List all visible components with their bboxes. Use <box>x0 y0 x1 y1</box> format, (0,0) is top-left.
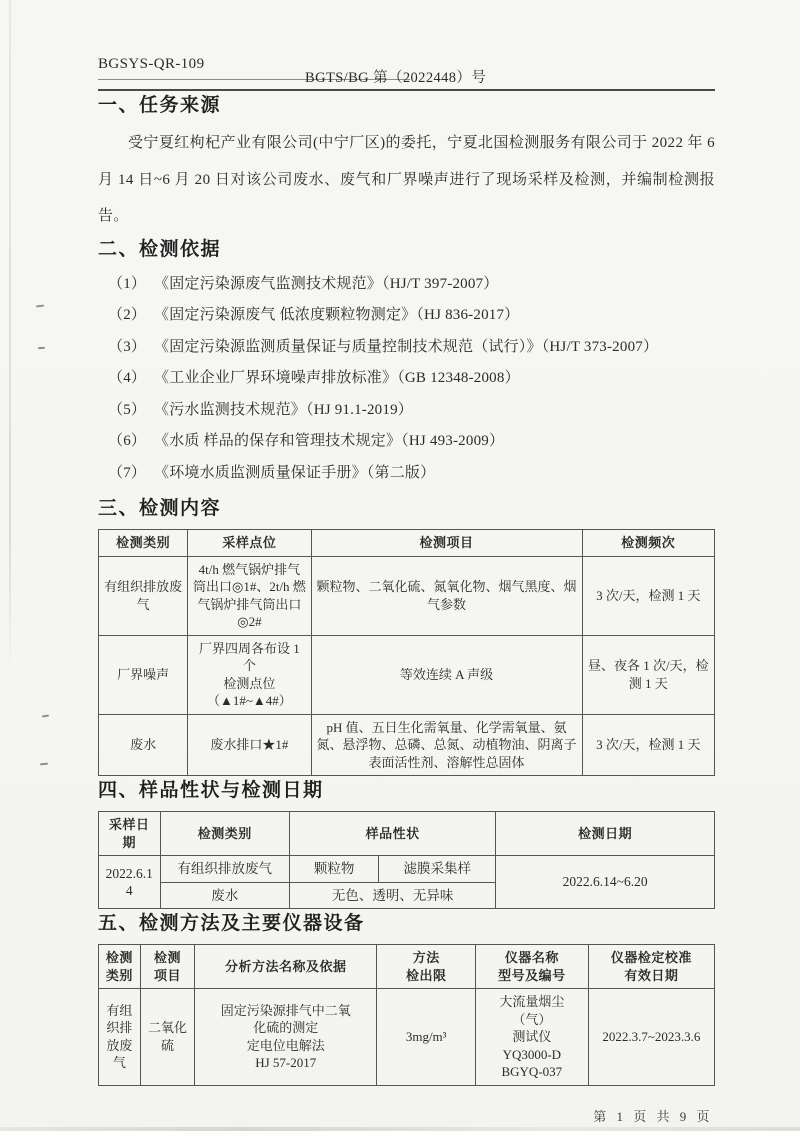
cell-detection-limit: 3mg/m³ <box>377 989 476 1086</box>
basis-item-number: （1） <box>108 274 154 295</box>
basis-item: （5） 《污水监测技术规范》（HJ 91.1-2019） <box>98 400 715 421</box>
basis-item-number: （3） <box>108 337 154 358</box>
table-row: 废水 废水排口★1# pH 值、五日生化需氧量、化学需氧量、氨氮、悬浮物、总磷、… <box>99 714 715 776</box>
table-row: 有组织排放废气 4t/h 燃气锅炉排气筒出口◎1#、2t/h 燃气锅炉排气筒出口… <box>99 556 715 635</box>
table-row: 有组织排放废气 二氧化硫 固定污染源排气中二氧 化硫的测定 定电位电解法 HJ … <box>99 989 715 1086</box>
cell-category: 厂界噪声 <box>99 635 188 714</box>
cell-sampling-points: 厂界四周各布设 1 个 检测点位 （▲1#~▲4#） <box>188 635 311 714</box>
cell-frequency: 昼、夜各 1 次/天，检测 1 天 <box>582 635 714 714</box>
cell-sample-item: 颗粒物 <box>289 856 378 883</box>
header-cell-test-date: 检测日期 <box>496 812 715 856</box>
scan-artifact <box>36 305 44 308</box>
basis-item-text: 《固定污染源废气监测技术规范》（HJ/T 397-2007） <box>154 274 715 295</box>
cell-sample-state: 滤膜采集样 <box>379 856 496 883</box>
section-3-title: 三、检测内容 <box>98 494 715 524</box>
content-table: 检测类别 采样点位 检测项目 检测频次 有组织排放废气 4t/h 燃气锅炉排气筒… <box>98 529 715 776</box>
cell-frequency: 3 次/天，检测 1 天 <box>582 556 714 635</box>
basis-item: （7） 《环境水质监测质量保证手册》（第二版） <box>98 463 715 484</box>
header-cell-frequency: 检测频次 <box>582 530 714 557</box>
cell-category: 废水 <box>99 714 188 776</box>
cell-frequency: 3 次/天，检测 1 天 <box>582 714 714 776</box>
header-cell-item: 检测 项目 <box>140 945 194 989</box>
basis-item: （6） 《水质 样品的保存和管理技术规定》（HJ 493-2009） <box>98 431 715 452</box>
cell-sampling-points: 废水排口★1# <box>188 714 311 776</box>
section-1-title: 一、任务来源 <box>98 91 715 121</box>
basis-item-number: （7） <box>108 463 154 484</box>
cell-category: 有组织排放废气 <box>99 556 188 635</box>
basis-item: （1） 《固定污染源废气监测技术规范》（HJ/T 397-2007） <box>98 274 715 295</box>
cell-test-items: pH 值、五日生化需氧量、化学需氧量、氨氮、悬浮物、总磷、总氮、动植物油、阴离子… <box>311 714 582 776</box>
basis-item-text: 《固定污染源监测质量保证与质量控制技术规范（试行）》（HJ/T 373-2007… <box>154 337 715 358</box>
page-content: BGSYS-QR-109 BGTS/BG 第（2022448）号 一、任务来源 … <box>98 0 715 1125</box>
basis-list: （1） 《固定污染源废气监测技术规范》（HJ/T 397-2007） （2） 《… <box>98 274 715 484</box>
header-cell-sampling-date: 采样日期 <box>99 812 161 856</box>
cell-category: 有组织排放废气 <box>160 856 289 883</box>
basis-item-number: （5） <box>108 400 154 421</box>
table-row: 厂界噪声 厂界四周各布设 1 个 检测点位 （▲1#~▲4#） 等效连续 A 声… <box>99 635 715 714</box>
basis-item-number: （4） <box>108 368 154 389</box>
basis-item-text: 《水质 样品的保存和管理技术规定》（HJ 493-2009） <box>154 431 715 452</box>
header-cell-category: 检测类别 <box>160 812 289 856</box>
report-page: BGSYS-QR-109 BGTS/BG 第（2022448）号 一、任务来源 … <box>0 0 800 1131</box>
basis-item-number: （2） <box>108 305 154 326</box>
table-header-row: 检测 类别 检测 项目 分析方法名称及依据 方法 检出限 仪器名称 型号及编号 … <box>99 945 715 989</box>
cell-method: 固定污染源排气中二氧 化硫的测定 定电位电解法 HJ 57-2017 <box>195 989 377 1086</box>
header-cell-calibration-validity: 仪器检定校准 有效日期 <box>588 945 714 989</box>
scan-edge-artifact <box>9 0 11 665</box>
method-table: 检测 类别 检测 项目 分析方法名称及依据 方法 检出限 仪器名称 型号及编号 … <box>98 944 715 1086</box>
cell-category: 有组织排放废气 <box>99 989 141 1086</box>
cell-sample-state: 无色、透明、无异味 <box>289 882 495 909</box>
cell-test-date: 2022.6.14~6.20 <box>496 856 715 909</box>
header-cell-instrument: 仪器名称 型号及编号 <box>475 945 588 989</box>
cell-calibration-validity: 2022.3.7~2023.3.6 <box>588 989 714 1086</box>
header-cell-sampling-points: 采样点位 <box>188 530 311 557</box>
section-2-title: 二、检测依据 <box>98 235 715 265</box>
cell-sampling-points: 4t/h 燃气锅炉排气筒出口◎1#、2t/h 燃气锅炉排气筒出口◎2# <box>188 556 311 635</box>
basis-item: （2） 《固定污染源废气 低浓度颗粒物测定》（HJ 836-2017） <box>98 305 715 326</box>
report-number: BGTS/BG 第（2022448）号 <box>305 66 486 87</box>
table-header-row: 检测类别 采样点位 检测项目 检测频次 <box>99 530 715 557</box>
cell-test-items: 等效连续 A 声级 <box>311 635 582 714</box>
page-header: BGSYS-QR-109 BGTS/BG 第（2022448）号 <box>98 56 715 91</box>
section-5-title: 五、检测方法及主要仪器设备 <box>98 909 715 939</box>
cell-category: 废水 <box>160 882 289 909</box>
header-cell-category: 检测类别 <box>99 530 188 557</box>
basis-item-text: 《工业企业厂界环境噪声排放标准》（GB 12348-2008） <box>154 368 715 389</box>
section-4-title: 四、样品性状与检测日期 <box>98 776 715 806</box>
basis-item: （4） 《工业企业厂界环境噪声排放标准》（GB 12348-2008） <box>98 368 715 389</box>
scan-artifact <box>42 715 49 718</box>
basis-item: （3） 《固定污染源监测质量保证与质量控制技术规范（试行）》（HJ/T 373-… <box>98 337 715 358</box>
scan-artifact <box>38 347 45 349</box>
cell-sampling-date: 2022.6.14 <box>99 856 161 909</box>
table-row: 2022.6.14 有组织排放废气 颗粒物 滤膜采集样 2022.6.14~6.… <box>99 856 715 883</box>
sample-table: 采样日期 检测类别 样品性状 检测日期 2022.6.14 有组织排放废气 颗粒… <box>98 811 715 909</box>
header-cell-detection-limit: 方法 检出限 <box>377 945 476 989</box>
basis-item-text: 《固定污染源废气 低浓度颗粒物测定》（HJ 836-2017） <box>154 305 715 326</box>
basis-item-text: 《污水监测技术规范》（HJ 91.1-2019） <box>154 400 715 421</box>
task-source-paragraph: 受宁夏红枸杞产业有限公司(中宁厂区)的委托，宁夏北国检测服务有限公司于 2022… <box>98 125 715 235</box>
header-cell-test-items: 检测项目 <box>311 530 582 557</box>
page-number: 第 1 页 共 9 页 <box>98 1106 715 1125</box>
table-header-row: 采样日期 检测类别 样品性状 检测日期 <box>99 812 715 856</box>
basis-item-number: （6） <box>108 431 154 452</box>
basis-item-text: 《环境水质监测质量保证手册》（第二版） <box>154 463 715 484</box>
header-cell-sample-state: 样品性状 <box>289 812 495 856</box>
cell-test-items: 颗粒物、二氧化硫、氮氧化物、烟气黑度、烟气参数 <box>311 556 582 635</box>
header-cell-category: 检测 类别 <box>99 945 141 989</box>
cell-instrument: 大流量烟尘（气） 测试仪 YQ3000-D BGYQ-037 <box>475 989 588 1086</box>
cell-item: 二氧化硫 <box>140 989 194 1086</box>
header-cell-method: 分析方法名称及依据 <box>195 945 377 989</box>
scan-artifact <box>40 763 48 766</box>
